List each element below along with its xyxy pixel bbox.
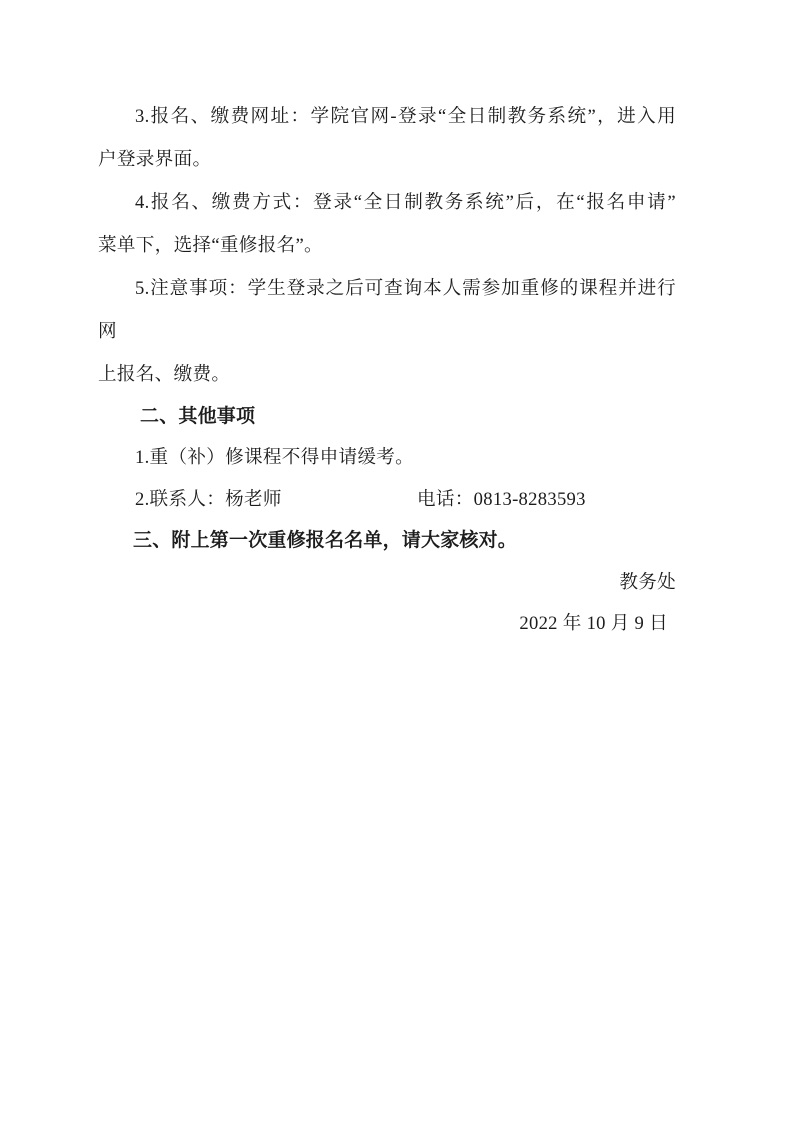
contact-phone-label: 电话：0813-8283593 — [380, 479, 586, 520]
other-item-1: 1.重（补）修课程不得申请缓考。 — [98, 437, 676, 478]
item-4-line-1: 4.报名、缴费方式：登录“全日制教务系统”后，在“报名申请” — [98, 181, 676, 224]
other-item-2: 2.联系人：杨老师 电话：0813-8283593 — [98, 479, 676, 520]
contact-person-label: 2.联系人：杨老师 — [135, 489, 282, 510]
item-3-line-1: 3.报名、缴费网址：学院官网-登录“全日制教务系统”，进入用 — [98, 95, 676, 138]
signoff-date: 2022 年 10 月 9 日 — [98, 603, 676, 644]
item-3-line-2: 户登录界面。 — [98, 138, 676, 181]
heading-attachment-note: 三、附上第一次重修报名名单，请大家核对。 — [98, 520, 676, 561]
heading-other-matters: 二、其他事项 — [98, 396, 676, 437]
notice-body: 3.报名、缴费网址：学院官网-登录“全日制教务系统”，进入用 户登录界面。 4.… — [0, 0, 793, 644]
item-5-line-1: 5.注意事项：学生登录之后可查询本人需参加重修的课程并进行网 — [98, 267, 676, 353]
signoff-department: 教务处 — [98, 562, 676, 603]
item-4-line-2: 菜单下，选择“重修报名”。 — [98, 224, 676, 267]
item-5-line-2: 上报名、缴费。 — [98, 353, 676, 396]
document-page: 3.报名、缴费网址：学院官网-登录“全日制教务系统”，进入用 户登录界面。 4.… — [0, 0, 793, 1122]
